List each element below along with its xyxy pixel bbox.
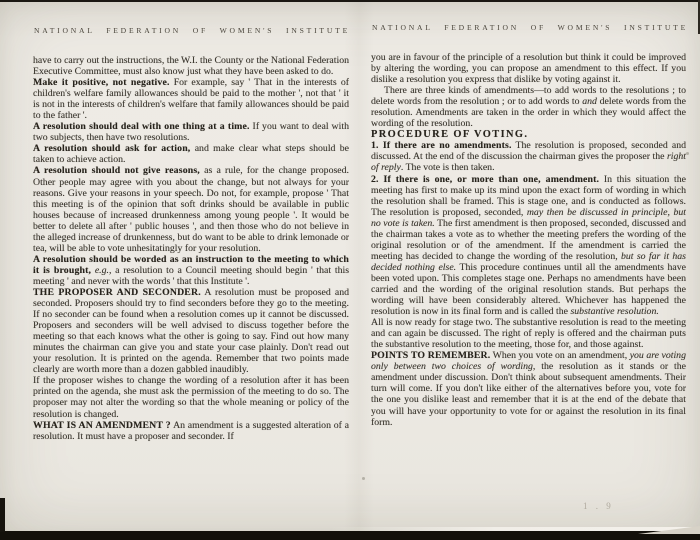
text-run: A resolution should deal with one thing … <box>33 121 250 132</box>
section-the-proposer-and-seconder: THE PROPOSER AND SECONDER. A resolution … <box>33 287 349 375</box>
text-run: e.g., <box>91 265 111 276</box>
text-run: If the proposer wishes to change the wor… <box>33 375 349 419</box>
scan-speck <box>362 477 365 480</box>
voting-item-1: 1. If there are no amendments. The resol… <box>371 140 686 173</box>
paragraph: All is now ready for stage two. The subs… <box>371 317 686 350</box>
scan-edge-left <box>0 498 5 532</box>
paragraph: If the proposer wishes to change the wor… <box>33 375 349 419</box>
text-run: A resolution must be proposed and second… <box>33 287 349 375</box>
running-head-left: NATIONAL FEDERATION OF WOMEN'S INSTITUTE… <box>34 26 349 35</box>
paragraph: Make it positive, not negative. For exam… <box>33 77 349 121</box>
scanned-book-spread: NATIONAL FEDERATION OF WOMEN'S INSTITUTE… <box>0 0 700 540</box>
text-run: 2. If there is one, or more than one, am… <box>371 174 599 185</box>
voting-item-2: 2. If there is one, or more than one, am… <box>371 174 686 318</box>
scan-edge-bottom <box>0 531 700 540</box>
text-run: THE PROPOSER AND SECONDER. <box>33 287 201 298</box>
text-run: A resolution should not give reasons, <box>33 165 200 176</box>
right-page: NATIONAL FEDERATION OF WOMEN'S INSTITUTE… <box>371 23 686 515</box>
right-page-text: you are in favour of the principle of a … <box>371 52 686 428</box>
text-run: All is now ready for stage two. The subs… <box>371 317 686 350</box>
left-page: NATIONAL FEDERATION OF WOMEN'S INSTITUTE… <box>33 26 349 518</box>
left-page-text: have to carry out the instructions, the … <box>33 55 349 442</box>
paragraph: have to carry out the instructions, the … <box>33 55 349 77</box>
text-run: PROCEDURE OF VOTING. <box>371 129 528 140</box>
text-run: Make it positive, not negative. <box>33 77 170 88</box>
text-run: . The vote is then taken. <box>401 162 495 173</box>
paragraph: A resolution should be worded as an inst… <box>33 254 349 287</box>
text-run: have to carry out the instructions, the … <box>33 55 349 77</box>
section-heading-procedure-of-voting: PROCEDURE OF VOTING. <box>371 129 686 140</box>
scan-edge-top <box>0 0 700 2</box>
running-head-right: NATIONAL FEDERATION OF WOMEN'S INSTITUTE… <box>372 23 686 32</box>
text-run: substantive resolution. <box>570 306 658 317</box>
paragraph: A resolution should not give reasons, as… <box>33 165 349 253</box>
text-run: WHAT IS AN AMENDMENT ? <box>33 420 171 431</box>
section-what-is-an-amendment: WHAT IS AN AMENDMENT ? An amendment is a… <box>33 420 349 442</box>
text-run: POINTS TO REMEMBER. <box>371 350 490 361</box>
scan-speck <box>686 152 689 155</box>
paragraph: There are three kinds of amendments—to a… <box>371 85 686 129</box>
section-points-to-remember: POINTS TO REMEMBER. When you vote on an … <box>371 350 686 427</box>
paragraph: A resolution should ask for action, and … <box>33 143 349 165</box>
text-run: A resolution should ask for action, <box>33 143 190 154</box>
text-run: 1. If there are no amendments. <box>371 140 512 151</box>
text-run: and <box>582 96 597 107</box>
paragraph: you are in favour of the principle of a … <box>371 52 686 85</box>
text-run: as a rule, for the change proposed. Othe… <box>33 165 349 253</box>
paragraph: A resolution should deal with one thing … <box>33 121 349 143</box>
faint-page-number: 1 . 9 <box>583 501 614 511</box>
text-run: you are in favour of the principle of a … <box>371 52 686 85</box>
text-run: When you vote on an amendment, <box>490 350 629 361</box>
